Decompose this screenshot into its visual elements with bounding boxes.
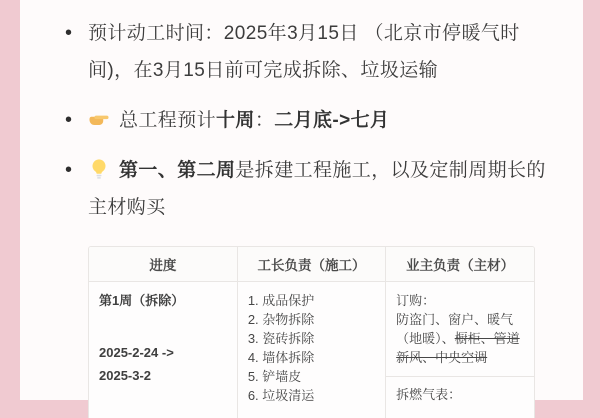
order-label: 订购： bbox=[396, 291, 524, 310]
bullet-text: 第一、第二周是拆建工程施工，以及定制周期长的主材购买 bbox=[88, 152, 553, 226]
col-header-progress: 进度 bbox=[89, 247, 237, 281]
date-start: 2025-2-24 -> bbox=[99, 344, 227, 362]
week-title: 第1周（拆除） bbox=[99, 291, 227, 310]
task-item: 1. 成品保护 bbox=[248, 291, 375, 310]
task-item: 5. 铲墙皮 bbox=[248, 367, 375, 386]
gas-meter-label: 拆燃气表： bbox=[396, 385, 524, 401]
owner-gas-meter-section: 拆燃气表： bbox=[386, 376, 534, 401]
text-segment-bold: 十周 bbox=[216, 110, 255, 131]
text-segment: 总工程预计 bbox=[119, 110, 216, 131]
pointing-right-icon bbox=[88, 108, 110, 130]
task-item: 2. 杂物拆除 bbox=[248, 310, 375, 329]
order-items: 防盗门、窗户、暖气（地暖）、橱柜、管道新风、中央空调 bbox=[396, 310, 524, 367]
bullet-dot: • bbox=[65, 102, 88, 139]
text-segment-bold: 第一、第二周 bbox=[119, 160, 235, 181]
note-card: • 预计动工时间：2025年3月15日 （北京市停暖气时间)，在3月15日前可完… bbox=[20, 0, 583, 400]
cell-contractor-tasks: 1. 成品保护 2. 杂物拆除 3. 瓷砖拆除 4. 墙体拆除 5. 铲墙皮 6… bbox=[237, 281, 385, 400]
list-item-start-time: • 预计动工时间：2025年3月15日 （北京市停暖气时间)，在3月15日前可完… bbox=[65, 15, 553, 89]
cell-progress: 第1周（拆除） 2025-2-24 -> 2025-3-2 bbox=[89, 281, 237, 400]
light-bulb-icon bbox=[88, 158, 110, 180]
table-header-row: 进度 工长负责（施工） 业主负责（主材） bbox=[89, 247, 534, 281]
col-header-owner: 业主负责（主材） bbox=[386, 247, 534, 281]
date-end: 2025-3-2 bbox=[99, 367, 227, 385]
text-segment-bold: 二月底->七月 bbox=[274, 110, 389, 131]
bullet-dot: • bbox=[65, 15, 88, 89]
bullet-list: • 预计动工时间：2025年3月15日 （北京市停暖气时间)，在3月15日前可完… bbox=[20, 0, 583, 226]
list-item-total-duration: • 总工程预计十周：二月底->七月 bbox=[65, 102, 553, 139]
owner-order-section: 订购： 防盗门、窗户、暖气（地暖）、橱柜、管道新风、中央空调 bbox=[386, 282, 534, 376]
bullet-text: 预计动工时间：2025年3月15日 （北京市停暖气时间)，在3月15日前可完成拆… bbox=[88, 15, 553, 89]
col-header-contractor: 工长负责（施工） bbox=[237, 247, 385, 281]
task-item: 3. 瓷砖拆除 bbox=[248, 329, 375, 348]
bullet-dot: • bbox=[65, 152, 88, 226]
task-item: 6. 垃圾清运 bbox=[248, 386, 375, 401]
text-segment: 预计动工时间：2025年3月15日 （北京市停暖气时间)，在3月15日前可完成拆… bbox=[88, 23, 520, 81]
schedule-table-container: 进度 工长负责（施工） 业主负责（主材） 第1周（拆除） 2025-2-24 -… bbox=[88, 246, 535, 400]
table-row-week1: 第1周（拆除） 2025-2-24 -> 2025-3-2 1. 成品保护 2.… bbox=[89, 281, 534, 400]
list-item-week1-2-note: • 第一、第二周是拆建工程施工，以及定制周期长的主材购买 bbox=[65, 152, 553, 226]
task-item: 4. 墙体拆除 bbox=[248, 348, 375, 367]
text-segment: ： bbox=[255, 110, 274, 131]
schedule-table: 进度 工长负责（施工） 业主负责（主材） 第1周（拆除） 2025-2-24 -… bbox=[89, 247, 534, 400]
bullet-text: 总工程预计十周：二月底->七月 bbox=[88, 102, 389, 139]
cell-owner-tasks: 订购： 防盗门、窗户、暖气（地暖）、橱柜、管道新风、中央空调 拆燃气表： bbox=[386, 281, 534, 400]
